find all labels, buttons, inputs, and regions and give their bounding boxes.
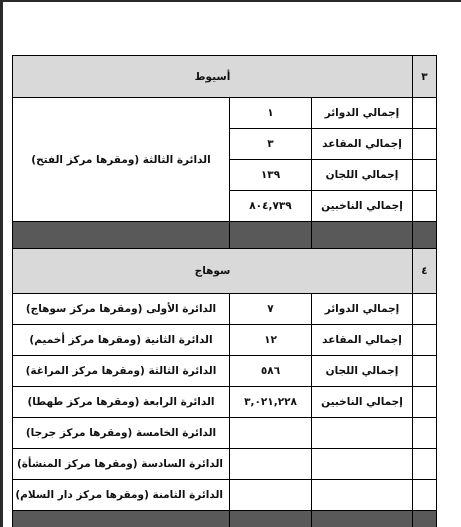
- empty-cell: [413, 191, 437, 222]
- governorate-name: سوهاج: [13, 249, 413, 294]
- empty-cell: [312, 480, 413, 511]
- district-name: الدائرة الخامسة (ومقرها مركز جرجا): [13, 418, 230, 449]
- stat-label: إجمالي الناخبين: [312, 191, 413, 222]
- page-left-edge: [0, 0, 3, 527]
- table-row: الدائرة الثامنة (ومقرها مركز دار السلام): [13, 480, 437, 511]
- stat-value: ٣: [230, 129, 312, 160]
- stat-value: ٨٠٤,٧٣٩: [230, 191, 312, 222]
- governorate-name: أسيوط: [13, 56, 413, 98]
- election-districts-table: ٣ أسيوط إجمالي الدوائر ١ الدائرة الثالثة…: [12, 55, 437, 527]
- district-name: الدائرة الأولى (ومقرها مركز سوهاج): [13, 294, 230, 325]
- stat-value: ١٢: [230, 325, 312, 356]
- empty-cell: [413, 418, 437, 449]
- empty-cell: [312, 449, 413, 480]
- stat-label: إجمالي الدوائر: [312, 294, 413, 325]
- empty-cell: [413, 294, 437, 325]
- table-row: الدائرة السادسة (ومقرها مركز المنشأة): [13, 449, 437, 480]
- stat-label: إجمالي الناخبين: [312, 387, 413, 418]
- table-row: إجمالي الدوائر ٧ الدائرة الأولى (ومقرها …: [13, 294, 437, 325]
- governorate-header-row: ٤ سوهاج: [13, 249, 437, 294]
- empty-cell: [413, 356, 437, 387]
- empty-cell: [413, 480, 437, 511]
- stat-label: إجمالي اللجان: [312, 160, 413, 191]
- district-name: الدائرة الثامنة (ومقرها مركز دار السلام): [13, 480, 230, 511]
- empty-cell: [413, 160, 437, 191]
- separator-row: [13, 222, 437, 249]
- empty-cell: [230, 449, 312, 480]
- governorate-number: ٤: [413, 249, 437, 294]
- stat-value: ٥٨٦: [230, 356, 312, 387]
- stat-value: ٣,٠٢١,٢٢٨: [230, 387, 312, 418]
- district-name: الدائرة الثانية (ومقرها مركز أخميم): [13, 325, 230, 356]
- empty-cell: [230, 480, 312, 511]
- empty-cell: [413, 98, 437, 129]
- governorate-header-row: ٣ أسيوط: [13, 56, 437, 98]
- empty-cell: [413, 449, 437, 480]
- empty-cell: [413, 129, 437, 160]
- stat-value: ٧: [230, 294, 312, 325]
- stat-value: ١٣٩: [230, 160, 312, 191]
- page-top-edge: [0, 0, 461, 2]
- district-name: الدائرة الثالثة (ومقرها مركز الفتح): [13, 98, 230, 222]
- table-row: إجمالي المقاعد ١٢ الدائرة الثانية (ومقره…: [13, 325, 437, 356]
- governorate-number: ٣: [413, 56, 437, 98]
- empty-cell: [230, 418, 312, 449]
- table-row: إجمالي اللجان ٥٨٦ الدائرة الثالثة (ومقره…: [13, 356, 437, 387]
- district-name: الدائرة السادسة (ومقرها مركز المنشأة): [13, 449, 230, 480]
- stat-label: إجمالي اللجان: [312, 356, 413, 387]
- table-row: إجمالي الدوائر ١ الدائرة الثالثة (ومقرها…: [13, 98, 437, 129]
- stat-value: ١: [230, 98, 312, 129]
- district-name: الدائرة الرابعة (ومقرها مركز طهطا): [13, 387, 230, 418]
- table-row: الدائرة الخامسة (ومقرها مركز جرجا): [13, 418, 437, 449]
- empty-cell: [312, 418, 413, 449]
- stat-label: إجمالي المقاعد: [312, 129, 413, 160]
- stat-label: إجمالي الدوائر: [312, 98, 413, 129]
- empty-cell: [413, 325, 437, 356]
- separator-row: [13, 511, 437, 527]
- district-name: الدائرة الثالثة (ومقرها مركز المراغة): [13, 356, 230, 387]
- stat-label: إجمالي المقاعد: [312, 325, 413, 356]
- empty-cell: [413, 387, 437, 418]
- table-row: إجمالي الناخبين ٣,٠٢١,٢٢٨ الدائرة الرابع…: [13, 387, 437, 418]
